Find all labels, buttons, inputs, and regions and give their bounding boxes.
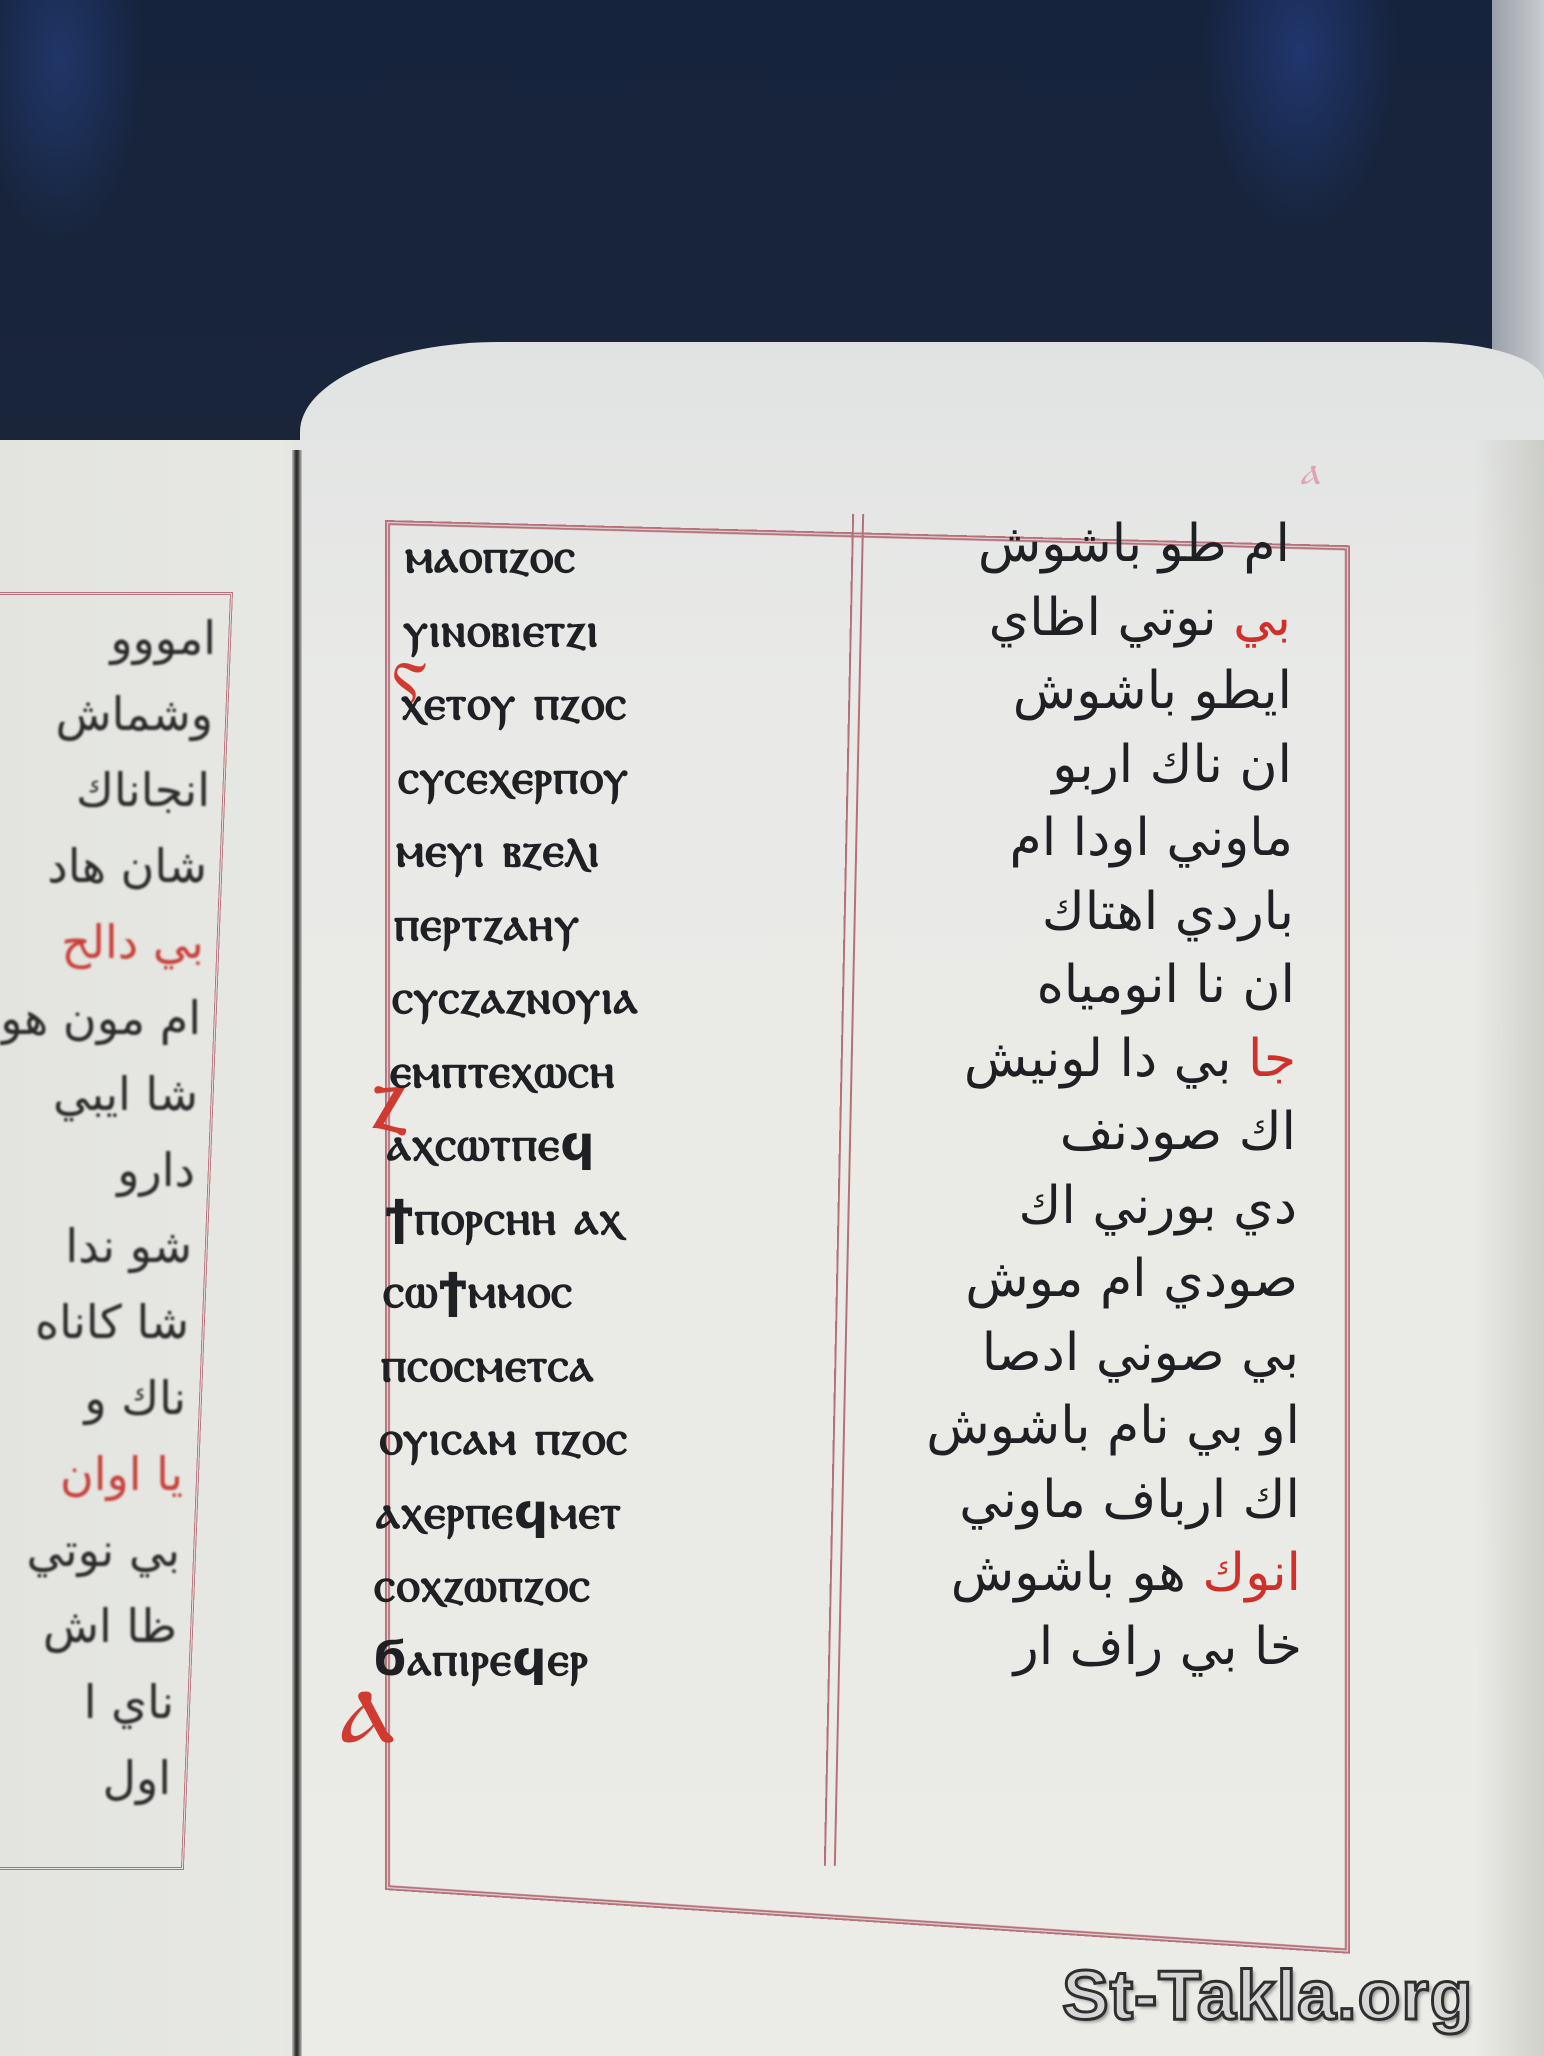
rubric-word: جا (1248, 1029, 1296, 1089)
arabic-line: ماوني اودا ام (873, 802, 1303, 876)
left-arabic-line: شا كاناه (0, 1284, 203, 1360)
rubric-word: انوك (1202, 1543, 1301, 1603)
left-arabic-line: ظا اش (0, 1588, 191, 1664)
arabic-line: ان ناك اربو (872, 729, 1302, 803)
coptic-line: ϭⲁⲡⲓⲣⲉϥⲉⲣ (372, 1623, 802, 1697)
coptic-line: ⲥⲱϯⲙⲙⲟⲥ (383, 1255, 813, 1329)
left-arabic-line: انجاناك (0, 752, 224, 828)
left-arabic-line: بي دالح (0, 904, 218, 980)
arabic-line: صودي ام موش (878, 1243, 1308, 1317)
arabic-line: خا بي راف ار (882, 1611, 1312, 1685)
coptic-line: ⲩⲓⲛⲟⲃⲓⲉⲧⲍⲓ (403, 594, 833, 668)
left-page-arabic-column: امووووشماشانجاناكشان هادبي دالحام مون هو… (0, 600, 230, 1860)
arabic-line: بي نوتي اظاي (871, 582, 1301, 656)
coptic-line: ϯⲡⲟⲣⲥⲏⲏ ⲁⲭ (385, 1182, 815, 1256)
arabic-line: اك صودنف (876, 1096, 1306, 1170)
coptic-line: ⲁⲭⲥⲱⲧⲡⲉϥ (387, 1108, 817, 1182)
coptic-line: ⲁⲭⲉⲣⲡⲉϥⲙⲉⲧ (376, 1476, 806, 1550)
coptic-line: ⲥⲩⲥⲉⲭⲉⲣⲡⲟⲩ (398, 741, 828, 815)
left-arabic-line: شان هاد (0, 828, 221, 904)
coptic-line: ⲡⲥⲟⲥⲙⲉⲧⲥⲁ (381, 1329, 811, 1403)
left-arabic-line: بي نوتي (0, 1512, 194, 1588)
left-arabic-line: شو ندا (0, 1208, 206, 1284)
arabic-line: اك ارباف ماوني (880, 1464, 1310, 1538)
left-arabic-line: دارو (0, 1132, 209, 1208)
arabic-line: ام طو باشوش (870, 508, 1300, 582)
left-arabic-line: شا ايبي (0, 1056, 212, 1132)
book-gutter (292, 450, 302, 2056)
arabic-line: ايطو باشوش (872, 655, 1302, 729)
coptic-line: ⲙⲉⲩⲓ ⲃⲍⲉⲗⲓ (396, 814, 826, 888)
left-arabic-line: يا اوان (0, 1436, 197, 1512)
coptic-line: ⲥⲟⲭⲍⲱⲡⲍⲟⲥ (374, 1549, 804, 1623)
watermark-logo: St-Takla.org (1062, 1955, 1473, 2035)
arabic-line: او بي نام باشوش (880, 1390, 1310, 1464)
coptic-text-column: ⲙⲁⲟⲡⲍⲟⲥⲩⲓⲛⲟⲃⲓⲉⲧⲍⲓⲭⲉⲧⲟⲩ ⲡⲍⲟⲥⲥⲩⲥⲉⲭⲉⲣⲡⲟⲩⲙⲉⲩ… (405, 520, 835, 1696)
coptic-line: ⲥⲩⲥⲍⲁⲍⲛⲟⲩⲓⲁ (392, 961, 822, 1035)
arabic-line: جا بي دا لونيش (876, 1023, 1306, 1097)
arabic-line: ان نا انومياه (875, 949, 1305, 1023)
folio-number: ⲁ (1300, 448, 1320, 494)
left-arabic-line: ام مون هو (0, 980, 215, 1056)
arabic-line: بي صوني ادصا (879, 1317, 1309, 1391)
arabic-line: باردي اهتاك (874, 876, 1304, 950)
arabic-line: انوك هو باشوش (881, 1537, 1311, 1611)
page-edge-shadow (1474, 440, 1544, 2056)
left-arabic-line: امووو (0, 600, 230, 676)
coptic-line: ⲙⲁⲟⲡⲍⲟⲥ (405, 520, 835, 594)
arabic-text-column: ام طو باشوشبي نوتي اظايايطو باشوشان ناك … (870, 508, 1300, 1684)
left-arabic-line: وشماش (0, 676, 227, 752)
left-arabic-line: ناي ا (0, 1664, 188, 1740)
coptic-line: ⲟⲩⲓⲥⲁⲙ ⲡⲍⲟⲥ (379, 1402, 809, 1476)
coptic-line: ⲭⲉⲧⲟⲩ ⲡⲍⲟⲥ (401, 667, 831, 741)
left-arabic-line: ناك و (0, 1360, 200, 1436)
left-arabic-line: اول (0, 1740, 185, 1816)
rubric-word: بي (1233, 588, 1291, 648)
coptic-line: ⲉⲙⲡⲧⲉⲭⲱⲥⲏ (390, 1035, 820, 1109)
arabic-line: دي بورني اك (877, 1170, 1307, 1244)
coptic-line: ⲡⲉⲣⲧⲍⲁⲏⲩ (394, 888, 824, 962)
